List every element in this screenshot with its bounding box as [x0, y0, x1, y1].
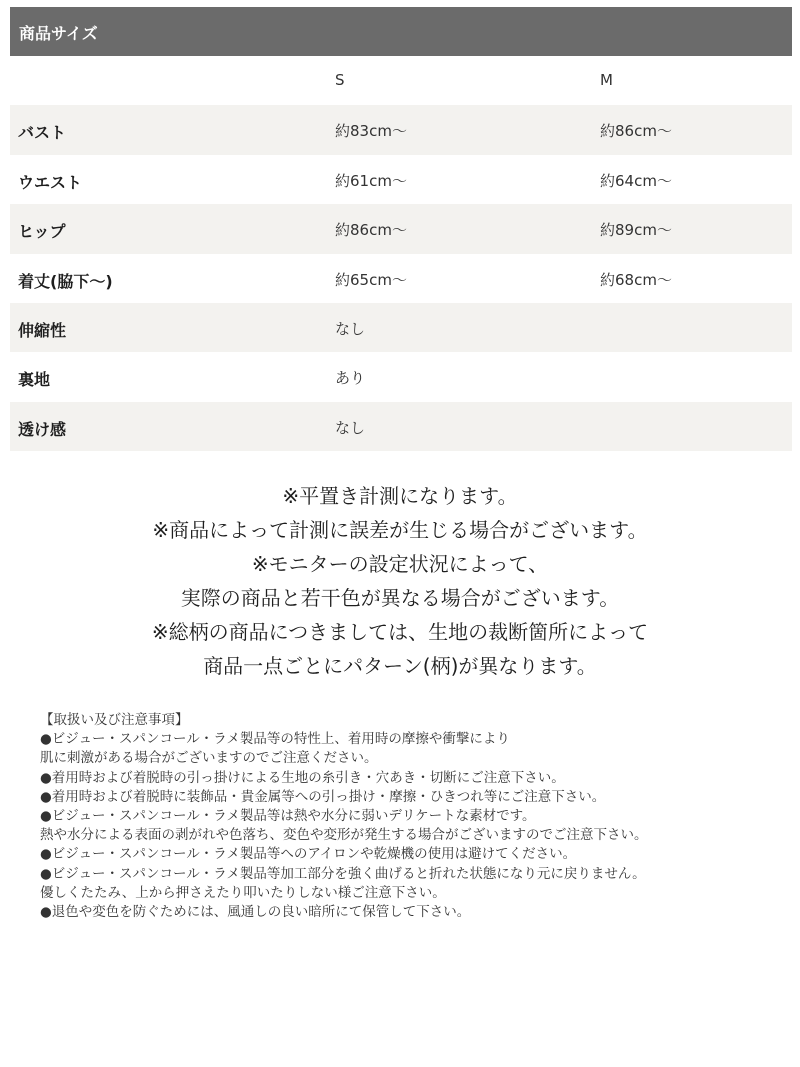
note-line: 実際の商品と若干色が異なる場合がございます。	[0, 581, 800, 615]
section-title-bar: 商品サイズ	[10, 7, 792, 56]
care-line: 熱や水分による表面の剥がれや色落ち、変色や変形が発生する場合がございますのでご注…	[40, 826, 800, 845]
cell-s: なし	[335, 318, 365, 339]
cell-m: 約64cm〜	[600, 170, 672, 191]
note-line: ※モニターの設定状況によって、	[0, 547, 800, 581]
row-label: バスト	[18, 120, 66, 143]
row-label: 裏地	[18, 367, 50, 390]
cell-s: あり	[335, 367, 365, 388]
cell-m: 約86cm〜	[600, 120, 672, 141]
cell-s: 約83cm〜	[335, 120, 407, 141]
note-line: ※総柄の商品につきましては、生地の裁断箇所によって	[0, 615, 800, 649]
cell-s: 約61cm〜	[335, 170, 407, 191]
cell-s: なし	[335, 417, 365, 438]
header-size-s: S	[335, 71, 345, 89]
table-row-sheerness: 透け感 なし	[10, 402, 792, 451]
care-line: 肌に刺激がある場合がございますのでご注意ください。	[40, 749, 800, 768]
row-label: 着丈(脇下〜)	[18, 269, 113, 292]
measurement-notes: ※平置き計測になります。 ※商品によって計測に誤差が生じる場合がございます。 ※…	[0, 479, 800, 683]
size-table: S M バスト 約83cm〜 約86cm〜 ウエスト 約61cm〜 約64cm〜…	[10, 56, 792, 451]
table-row-hip: ヒップ 約86cm〜 約89cm〜	[10, 204, 792, 253]
row-label: ヒップ	[18, 219, 66, 242]
table-row-stretch: 伸縮性 なし	[10, 303, 792, 352]
row-label: 伸縮性	[18, 318, 66, 341]
cell-s: 約65cm〜	[335, 269, 407, 290]
section-title: 商品サイズ	[19, 21, 98, 44]
note-line: ※商品によって計測に誤差が生じる場合がございます。	[0, 513, 800, 547]
care-line: 優しくたたみ、上から押さえたり叩いたりしない様ご注意下さい。	[40, 884, 800, 903]
care-line: ●ビジュー・スパンコール・ラメ製品等へのアイロンや乾燥機の使用は避けてください。	[40, 845, 800, 864]
care-line: ●ビジュー・スパンコール・ラメ製品等の特性上、着用時の摩擦や衝撃により	[40, 730, 800, 749]
row-label: ウエスト	[18, 170, 82, 193]
care-line: ●退色や変色を防ぐためには、風通しの良い暗所にて保管して下さい。	[40, 903, 800, 922]
care-line: ●ビジュー・スパンコール・ラメ製品等加工部分を強く曲げると折れた状態になり元に戻…	[40, 865, 800, 884]
care-line: ●着用時および着脱時に装飾品・貴金属等への引っ掛け・摩擦・ひきつれ等にご注意下さ…	[40, 788, 800, 807]
table-row-length: 着丈(脇下〜) 約65cm〜 約68cm〜	[10, 254, 792, 303]
care-instructions: 【取扱い及び注意事項】 ●ビジュー・スパンコール・ラメ製品等の特性上、着用時の摩…	[40, 711, 800, 922]
note-line: ※平置き計測になります。	[0, 479, 800, 513]
table-header-row: S M	[10, 56, 792, 105]
care-line: ●ビジュー・スパンコール・ラメ製品等は熱や水分に弱いデリケートな素材です。	[40, 807, 800, 826]
table-row-bust: バスト 約83cm〜 約86cm〜	[10, 105, 792, 154]
table-row-lining: 裏地 あり	[10, 352, 792, 401]
row-label: 透け感	[18, 417, 66, 440]
table-row-waist: ウエスト 約61cm〜 約64cm〜	[10, 155, 792, 204]
header-size-m: M	[600, 71, 613, 89]
cell-m: 約68cm〜	[600, 269, 672, 290]
care-heading: 【取扱い及び注意事項】	[40, 711, 800, 730]
cell-s: 約86cm〜	[335, 219, 407, 240]
cell-m: 約89cm〜	[600, 219, 672, 240]
care-line: ●着用時および着脱時の引っ掛けによる生地の糸引き・穴あき・切断にご注意下さい。	[40, 769, 800, 788]
note-line: 商品一点ごとにパターン(柄)が異なります。	[0, 649, 800, 683]
